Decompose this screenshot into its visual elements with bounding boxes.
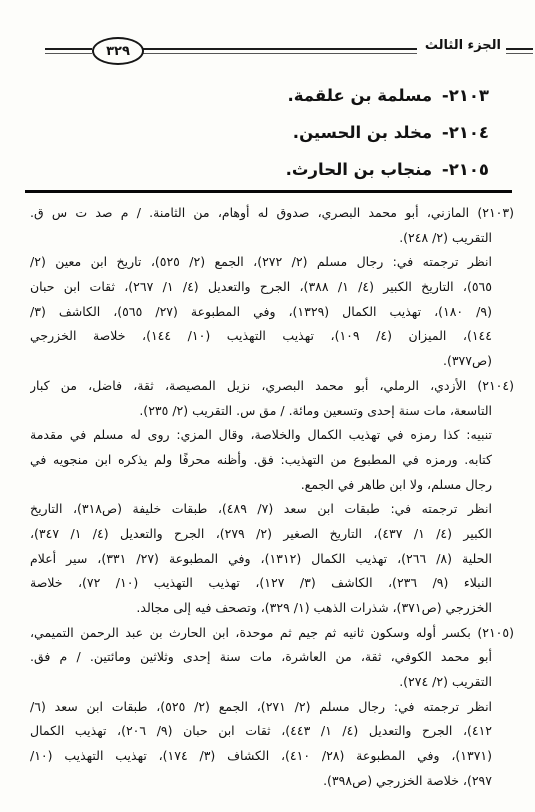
footnote-line: الخزرجي (ص٣٧١)، شذرات الذهب (١/ ٣٢٩)، وت… [30, 596, 514, 621]
entry-number: ٢١٠٤- [442, 123, 489, 142]
footnotes: (٢١٠٣) المازني، أبو محمد البصري، صدوق له… [30, 201, 514, 794]
footnote-line: ٢٩٧)، خلاصة الخزرجي (ص٣٩٨). [30, 769, 514, 794]
footnote-line: الكبير (٤/ ١/ ٤٣٧)، التاريخ الصغير (٢/ ٢… [30, 522, 514, 547]
entry-number: ٢١٠٥- [442, 160, 489, 179]
footnote-line: (١٣٧١)، وفي المطبوعة (٢٨/ ٤١٠)، الكشاف (… [30, 744, 514, 769]
footnote-line: تنبيه: كذا رمزه في تهذيب الكمال والخلاصة… [30, 423, 514, 448]
book-page: الجزء الثالث ٣٢٩ ٢١٠٣- مسلمة بن علقمة.٢١… [0, 0, 535, 812]
footnote-line: الحلية (٨/ ٢٦٦)، تهذيب الكمال (١٣١٢)، وف… [30, 547, 514, 572]
footnote-line: التقريب (٢/ ٢٧٤). [30, 670, 514, 695]
footnote-line: ١٤٤)، الميزان (٤/ ١٠٩)، تهذيب التهذيب (١… [30, 324, 514, 349]
footnote-line: (٢١٠٤) الأزدي، الرملي، أبو محمد البصري، … [30, 374, 514, 399]
footnote-line: انظر ترجمته في: رجال مسلم (٢/ ٢٧١)، الجم… [30, 695, 514, 720]
footnote-line: أبو محمد الكوفي، ثقة، من العاشرة، مات سن… [30, 645, 514, 670]
page-header: الجزء الثالث ٣٢٩ [0, 36, 535, 64]
footnote-line: كتابه. ورمزه في المطبوع من التهذيب: فق. … [30, 448, 514, 473]
footnote: (٢١٠٥) بكسر أوله وسكون ثانيه ثم جيم ثم م… [30, 621, 514, 794]
entry-name: منجاب بن الحارث. [286, 160, 432, 179]
page-number: ٣٢٩ [106, 44, 130, 59]
footnote-divider [25, 190, 512, 193]
footnote-line: (٢١٠٣) المازني، أبو محمد البصري، صدوق له… [30, 201, 514, 226]
footnote-line: رجال مسلم، ولا ابن طاهر في الجمع. [30, 473, 514, 498]
footnote-line: (ص٣٧٧). [30, 349, 514, 374]
page-number-badge: ٣٢٩ [92, 37, 144, 65]
footnote-line: التاسعة، مات سنة إحدى وتسعين ومائة. / مق… [30, 399, 514, 424]
header-rule-left [45, 48, 92, 54]
footnote-line: (٢١٠٥) بكسر أوله وسكون ثانيه ثم جيم ثم م… [30, 621, 514, 646]
footnote-line: ٥٦٥)، التاريخ الكبير (٤/ ١/ ٣٨٨)، الجرح … [30, 275, 514, 300]
footnote-line: انظر ترجمته في: رجال مسلم (٢/ ٢٧٢)، الجم… [30, 250, 514, 275]
header-rule-main [143, 48, 417, 54]
footnote-line: (٩/ ١٨٠)، تهذيب الكمال (١٣٢٩)، وفي المطب… [30, 300, 514, 325]
entry-row: ٢١٠٣- مسلمة بن علقمة. [0, 77, 489, 114]
footnote-line: ٤١٢)، الجرح والتعديل (٤/ ١/ ٤٤٣)، ثقات ا… [30, 719, 514, 744]
entries: ٢١٠٣- مسلمة بن علقمة.٢١٠٤- مخلد بن الحسي… [0, 77, 535, 188]
section-title: الجزء الثالث [425, 38, 501, 53]
footnote: (٢١٠٤) الأزدي، الرملي، أبو محمد البصري، … [30, 374, 514, 621]
entry-name: مسلمة بن علقمة. [288, 86, 433, 105]
entry-row: ٢١٠٤- مخلد بن الحسين. [0, 114, 489, 151]
entry-row: ٢١٠٥- منجاب بن الحارث. [0, 151, 489, 188]
entry-name: مخلد بن الحسين. [293, 123, 432, 142]
entry-number: ٢١٠٣- [442, 86, 489, 105]
footnote-line: التقريب (٢/ ٢٤٨). [30, 226, 514, 251]
header-rule-right [506, 48, 533, 54]
footnote-line: النبلاء (٩/ ٢٣٦)، الكاشف (٣/ ١٢٧)، تهذيب… [30, 571, 514, 596]
footnote: (٢١٠٣) المازني، أبو محمد البصري، صدوق له… [30, 201, 514, 374]
footnote-line: انظر ترجمته في: طبقات ابن سعد (٧/ ٤٨٩)، … [30, 497, 514, 522]
